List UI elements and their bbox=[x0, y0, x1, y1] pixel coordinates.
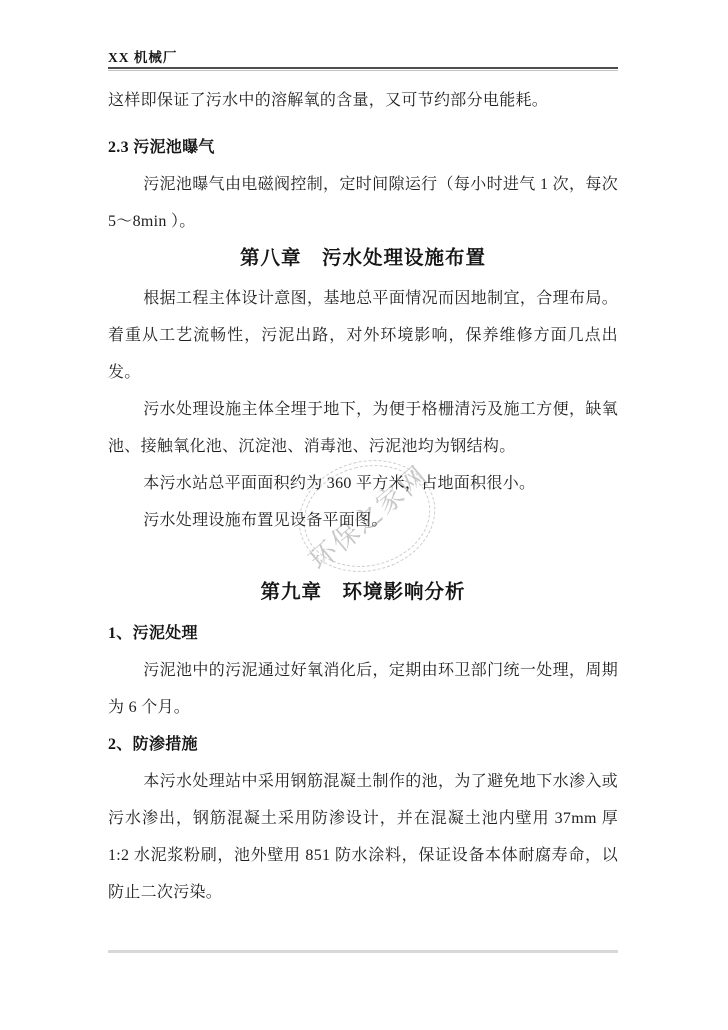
chapter-8-heading: 第八章 污水处理设施布置 bbox=[108, 240, 618, 277]
footer-rule bbox=[108, 950, 618, 953]
chapter-9-heading: 第九章 环境影响分析 bbox=[108, 574, 618, 611]
document-page: XX 机械厂 环保之家网 这样即保证了污水中的溶解氧的含量，又可节约部分电能耗。… bbox=[0, 0, 728, 1030]
paragraph-seepage-control: 本污水处理站中采用钢筋混凝土制作的池，为了避免地下水渗入或污水渗出，钢筋混凝土采… bbox=[108, 763, 618, 911]
header-company-name: XX 机械厂 bbox=[108, 46, 177, 66]
paragraph-intro: 这样即保证了污水中的溶解氧的含量，又可节约部分电能耗。 bbox=[108, 82, 618, 119]
paragraph-plan-reference: 污水处理设施布置见设备平面图。 bbox=[108, 502, 618, 539]
heading-sludge-treatment: 1、污泥处理 bbox=[108, 615, 618, 652]
heading-seepage-control: 2、防渗措施 bbox=[108, 726, 618, 763]
paragraph-site-area: 本污水站总平面面积约为 360 平方米，占地面积很小。 bbox=[108, 465, 618, 502]
heading-sludge-aeration: 2.3 污泥池曝气 bbox=[108, 129, 618, 166]
paragraph-aeration: 污泥池曝气由电磁阀控制，定时间隙运行（每小时进气 1 次，每次 5～8min ）… bbox=[108, 166, 618, 240]
paragraph-underground-structure: 污水处理设施主体全埋于地下，为便于格栅清污及施工方便，缺氧池、接触氧化池、沉淀池… bbox=[108, 391, 618, 465]
paragraph-sludge-treatment: 污泥池中的污泥通过好氧消化后，定期由环卫部门统一处理，周期为 6 个月。 bbox=[108, 652, 618, 726]
paragraph-layout-principles: 根据工程主体设计意图，基地总平面情况而因地制宜，合理布局。着重从工艺流畅性，污泥… bbox=[108, 280, 618, 391]
header-rule bbox=[108, 67, 618, 71]
document-content: 这样即保证了污水中的溶解氧的含量，又可节约部分电能耗。 2.3 污泥池曝气 污泥… bbox=[108, 82, 618, 911]
